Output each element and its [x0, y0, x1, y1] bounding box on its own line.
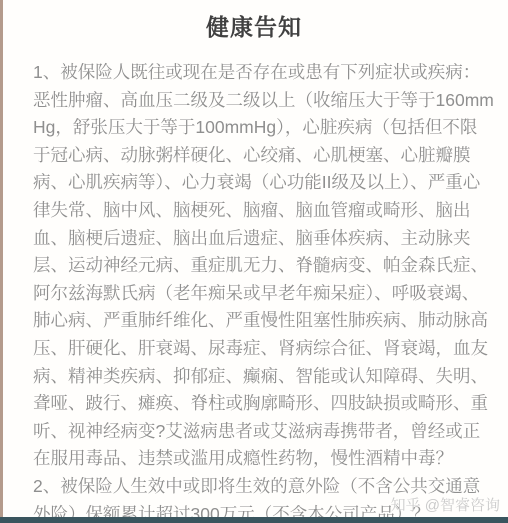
health-notice-page: 健康告知 1、被保险人既往或现在是否存在或患有下列症状或疾病：恶性肿瘤、高血压二… — [0, 0, 508, 523]
page-title: 健康告知 — [0, 0, 508, 42]
left-border-strip — [0, 0, 3, 523]
bottom-divider-bar — [0, 517, 508, 523]
notice-body: 1、被保险人既往或现在是否存在或患有下列症状或疾病：恶性肿瘤、高血压二级及二级以… — [0, 59, 508, 523]
notice-paragraph-2: 2、被保险人生效中或即将生效的意外险（不含公共交通意外险）保额累计超过300万元… — [33, 473, 494, 523]
notice-paragraph-1: 1、被保险人既往或现在是否存在或患有下列症状或疾病：恶性肿瘤、高血压二级及二级以… — [33, 59, 494, 473]
